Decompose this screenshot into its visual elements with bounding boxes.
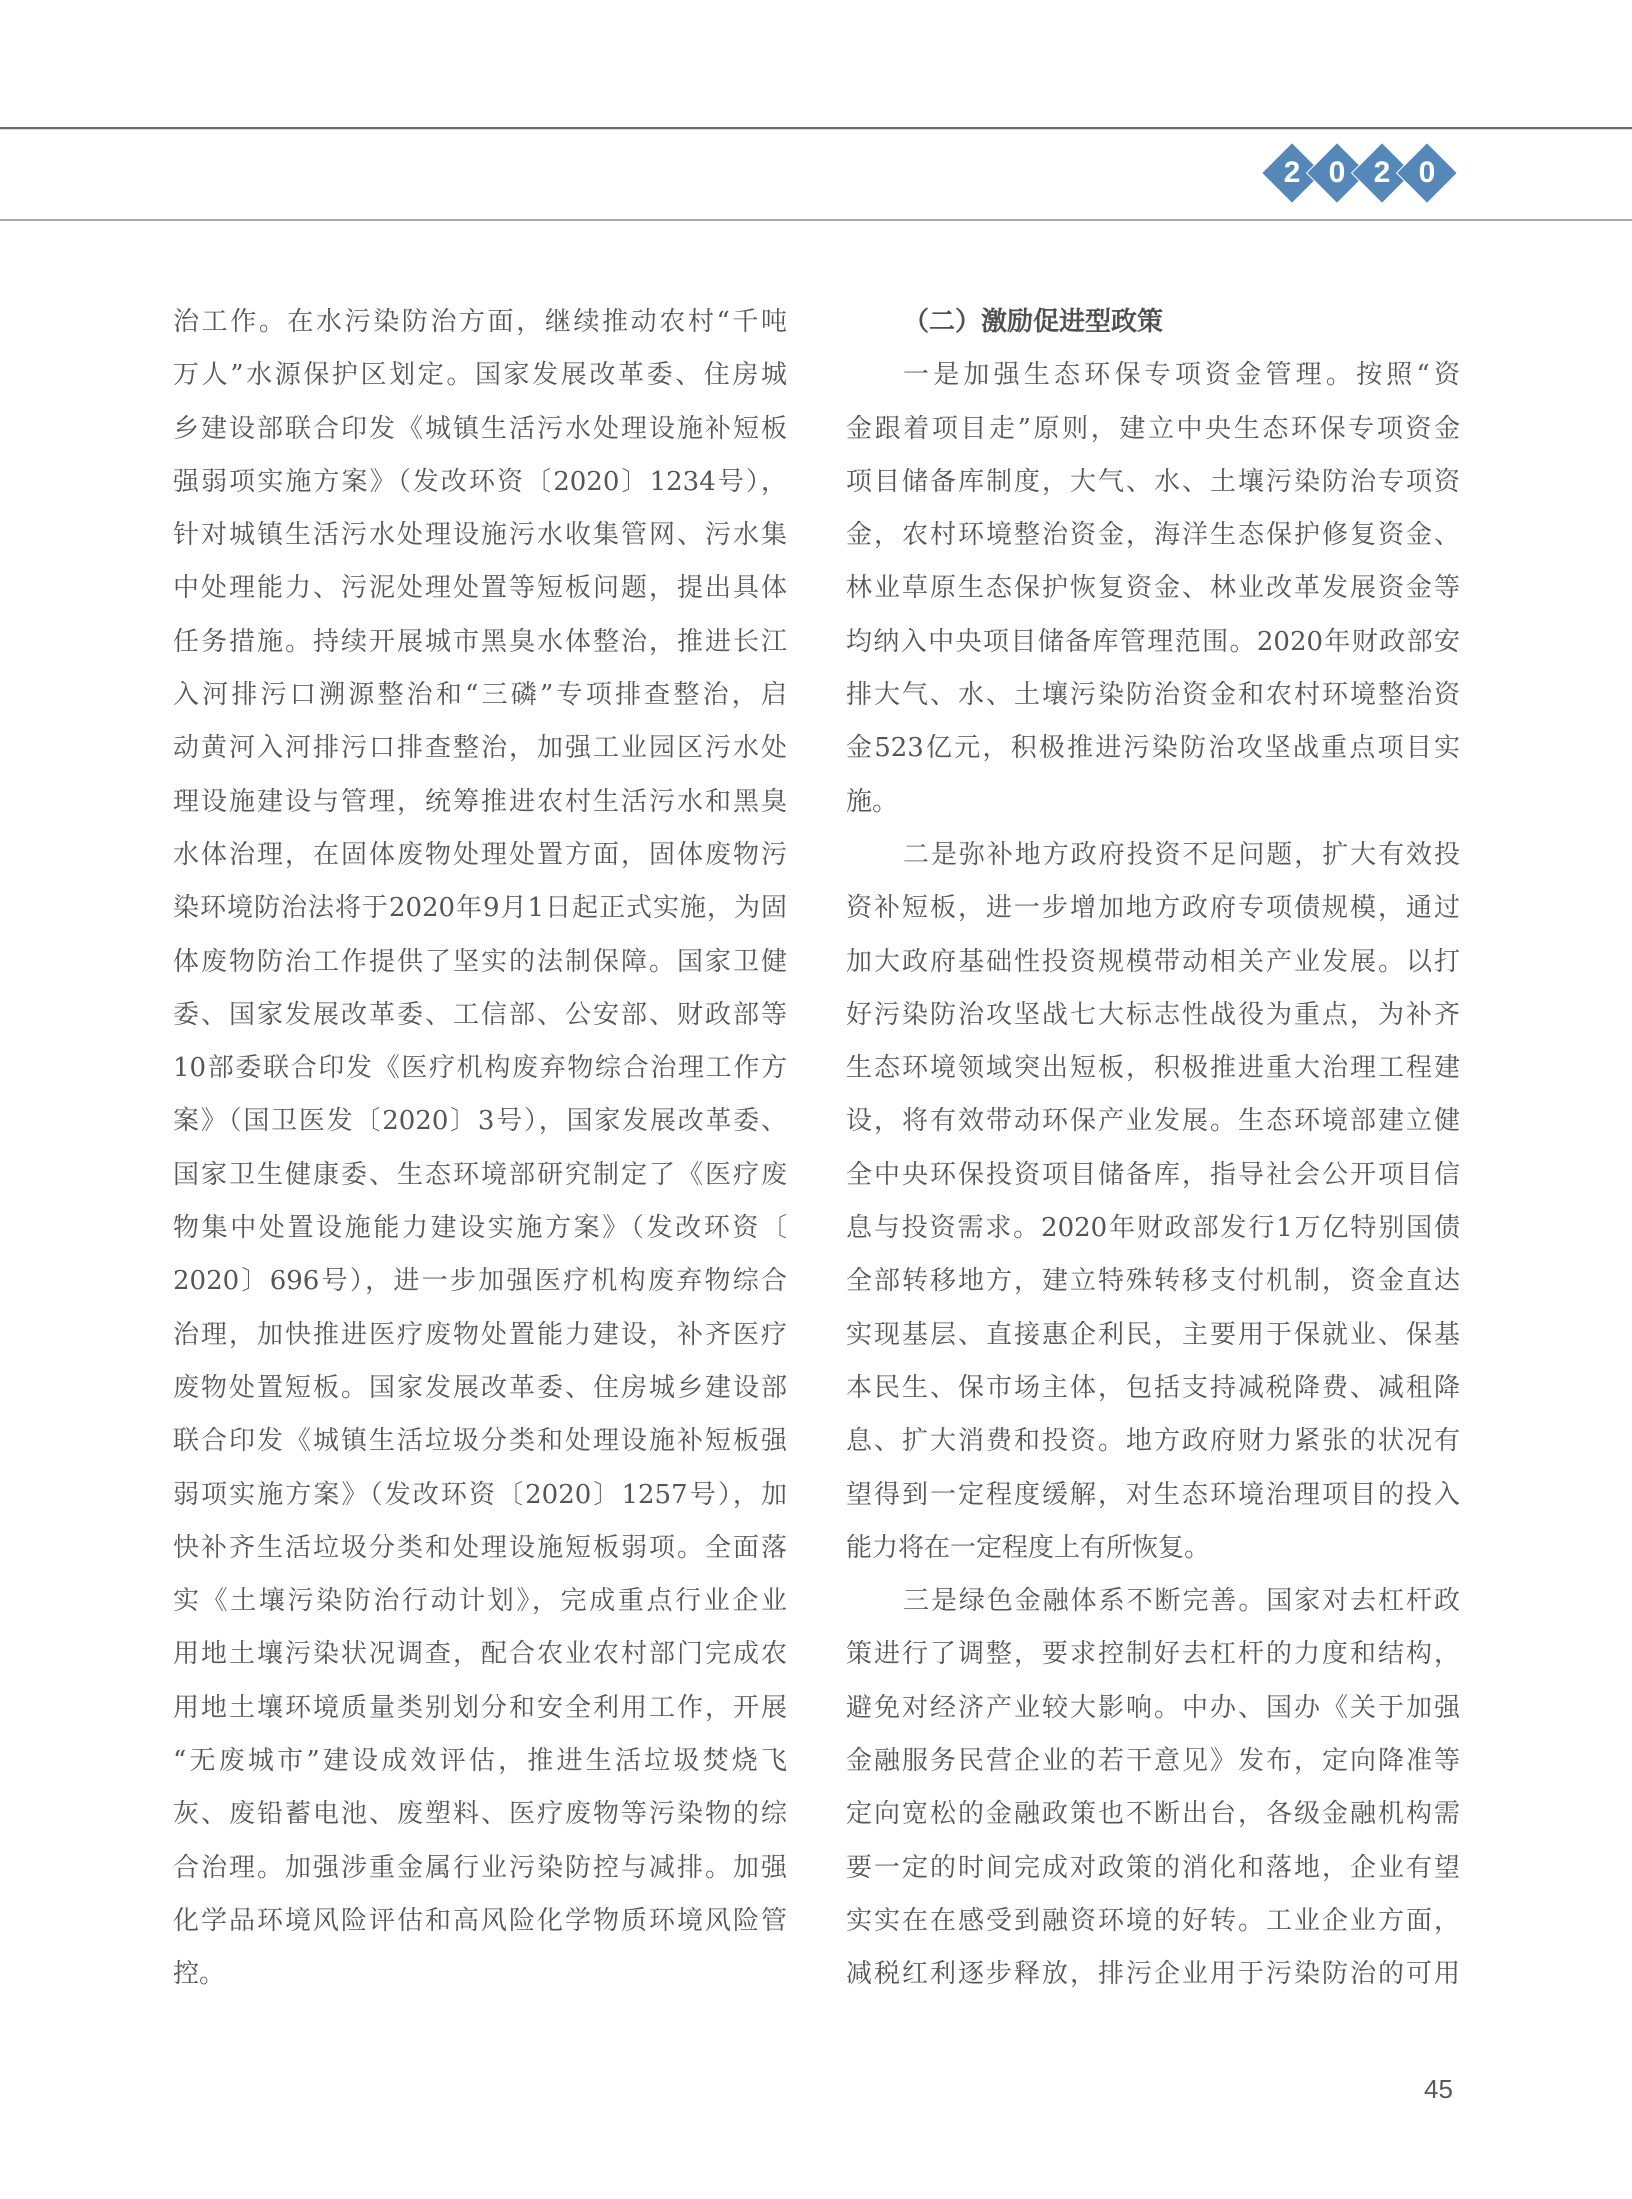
text-line: 用地土壤污染状况调查，配合农业农村部门完成农: [173, 1628, 787, 1681]
text-line: 设，将有效带动环保产业发展。生态环境部建立健: [846, 1095, 1460, 1148]
text-line: 项目储备库制度，大气、水、土壤污染防治专项资: [846, 456, 1460, 509]
text-line: 治工作。在水污染防治方面，继续推动农村“千吨: [173, 296, 787, 349]
text-line: 体废物防治工作提供了坚实的法制保障。国家卫健: [173, 936, 787, 989]
text-line: 合治理。加强涉重金属行业污染防控与减排。加强: [173, 1842, 787, 1895]
text-line: 任务措施。持续开展城市黑臭水体整治，推进长江: [173, 616, 787, 669]
text-line: 好污染防治攻坚战七大标志性战役为重点，为补齐: [846, 989, 1460, 1042]
right-column: （二）激励促进型政策 一是加强生态环保专项资金管理。按照“资金跟着项目走”原则，…: [846, 296, 1460, 2002]
text-line: 资补短板，进一步增加地方政府专项债规模，通过: [846, 882, 1460, 935]
text-line: 施。: [846, 776, 1460, 829]
text-line: 10部委联合印发《医疗机构废弃物综合治理工作方: [173, 1042, 787, 1095]
text-line: 本民生、保市场主体，包括支持减税降费、减租降: [846, 1362, 1460, 1415]
text-line: 联合印发《城镇生活垃圾分类和处理设施补短板强: [173, 1415, 787, 1468]
text-line: 全中央环保投资项目储备库，指导社会公开项目信: [846, 1149, 1460, 1202]
text-line: 金融服务民营企业的若干意见》发布，定向降准等: [846, 1735, 1460, 1788]
text-line: 避免对经济产业较大影响。中办、国办《关于加强: [846, 1682, 1460, 1735]
text-line: 灰、废铅蓄电池、废塑料、医疗废物等污染物的综: [173, 1788, 787, 1841]
text-line: 废物处置短板。国家发展改革委、住房城乡建设部: [173, 1362, 787, 1415]
text-line: 均纳入中央项目储备库管理范围。2020年财政部安: [846, 616, 1460, 669]
text-line: 理设施建设与管理，统筹推进农村生活污水和黑臭: [173, 776, 787, 829]
text-line: 强弱项实施方案》（发改环资〔2020〕1234号），: [173, 456, 787, 509]
text-line: 染环境防治法将于2020年9月1日起正式实施，为固: [173, 882, 787, 935]
text-line: “无废城市”建设成效评估，推进生活垃圾焚烧飞: [173, 1735, 787, 1788]
paragraph: 一是加强生态环保专项资金管理。按照“资金跟着项目走”原则，建立中央生态环保专项资…: [846, 349, 1460, 829]
text-line: 息、扩大消费和投资。地方政府财力紧张的状况有: [846, 1415, 1460, 1468]
text-line: 动黄河入河排污口排查整治，加强工业园区污水处: [173, 722, 787, 775]
text-line: 快补齐生活垃圾分类和处理设施短板弱项。全面落: [173, 1522, 787, 1575]
text-line: 治理，加快推进医疗废物处置能力建设，补齐医疗: [173, 1309, 787, 1362]
text-line: 生态环境领域突出短板，积极推进重大治理工程建: [846, 1042, 1460, 1095]
text-line: 国家卫生健康委、生态环境部研究制定了《医疗废: [173, 1149, 787, 1202]
text-line: 金523亿元，积极推进污染防治攻坚战重点项目实: [846, 722, 1460, 775]
text-line: 能力将在一定程度上有所恢复。: [846, 1522, 1460, 1575]
text-line: 加大政府基础性投资规模带动相关产业发展。以打: [846, 936, 1460, 989]
text-line: 二是弥补地方政府投资不足问题，扩大有效投: [846, 829, 1460, 882]
text-line: 案》（国卫医发〔2020〕3号），国家发展改革委、: [173, 1095, 787, 1148]
left-column: 治工作。在水污染防治方面，继续推动农村“千吨万人”水源保护区划定。国家发展改革委…: [173, 296, 787, 2002]
paragraph: 二是弥补地方政府投资不足问题，扩大有效投资补短板，进一步增加地方政府专项债规模，…: [846, 829, 1460, 1575]
text-line: 金跟着项目走”原则，建立中央生态环保专项资金: [846, 403, 1460, 456]
text-line: 全部转移地方，建立特殊转移支付机制，资金直达: [846, 1255, 1460, 1308]
header-rule-bottom: [0, 219, 1632, 221]
text-line: 一是加强生态环保专项资金管理。按照“资: [846, 349, 1460, 402]
text-line: 中处理能力、污泥处理处置等短板问题，提出具体: [173, 562, 787, 615]
section-heading: （二）激励促进型政策: [846, 296, 1460, 349]
text-line: 实《土壤污染防治行动计划》，完成重点行业企业: [173, 1575, 787, 1628]
text-line: 林业草原生态保护恢复资金、林业改革发展资金等: [846, 562, 1460, 615]
text-line: 实现基层、直接惠企利民，主要用于保就业、保基: [846, 1309, 1460, 1362]
text-line: 化学品环境风险评估和高风险化学物质环境风险管: [173, 1895, 787, 1948]
year-badge: 2 0 2 0: [1262, 143, 1462, 205]
text-line: 实实在在感受到融资环境的好转。工业企业方面，: [846, 1895, 1460, 1948]
text-line: 乡建设部联合印发《城镇生活污水处理设施补短板: [173, 403, 787, 456]
text-line: 物集中处置设施能力建设实施方案》（发改环资〔: [173, 1202, 787, 1255]
year-digit: 0: [1397, 143, 1457, 203]
header-rule-top: [0, 127, 1632, 130]
year-digit-diamond: 0: [1397, 143, 1457, 203]
text-line: 排大气、水、土壤污染防治资金和农村环境整治资: [846, 669, 1460, 722]
text-line: 息与投资需求。2020年财政部发行1万亿特别国债: [846, 1202, 1460, 1255]
text-line: 弱项实施方案》（发改环资〔2020〕1257号），加: [173, 1469, 787, 1522]
text-line: 水体治理，在固体废物处理处置方面，固体废物污: [173, 829, 787, 882]
text-line: 定向宽松的金融政策也不断出台，各级金融机构需: [846, 1788, 1460, 1841]
text-line: 用地土壤环境质量类别划分和安全利用工作，开展: [173, 1682, 787, 1735]
text-line: 控。: [173, 1948, 787, 2001]
text-line: 金，农村环境整治资金，海洋生态保护修复资金、: [846, 509, 1460, 562]
text-line: 三是绿色金融体系不断完善。国家对去杠杆政: [846, 1575, 1460, 1628]
text-line: 策进行了调整，要求控制好去杠杆的力度和结构，: [846, 1628, 1460, 1681]
text-line: 望得到一定程度缓解，对生态环境治理项目的投入: [846, 1469, 1460, 1522]
text-line: 要一定的时间完成对政策的消化和落地，企业有望: [846, 1842, 1460, 1895]
text-line: 减税红利逐步释放，排污企业用于污染防治的可用: [846, 1948, 1460, 2001]
paragraph: 三是绿色金融体系不断完善。国家对去杠杆政策进行了调整，要求控制好去杠杆的力度和结…: [846, 1575, 1460, 2001]
text-line: 委、国家发展改革委、工信部、公安部、财政部等: [173, 989, 787, 1042]
page-number: 45: [1424, 2074, 1453, 2105]
text-line: 入河排污口溯源整治和“三磷”专项排查整治，启: [173, 669, 787, 722]
text-line: 2020〕696号），进一步加强医疗机构废弃物综合: [173, 1255, 787, 1308]
text-line: 万人”水源保护区划定。国家发展改革委、住房城: [173, 349, 787, 402]
text-line: 针对城镇生活污水处理设施污水收集管网、污水集: [173, 509, 787, 562]
